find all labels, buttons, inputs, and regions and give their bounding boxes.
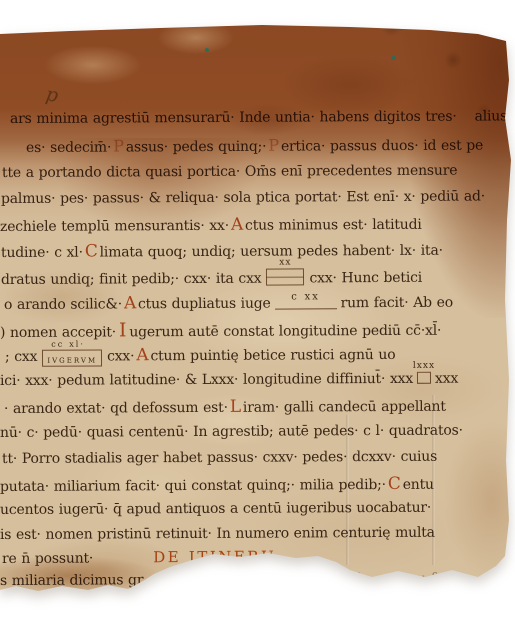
rubricated-initial: A [134,345,150,365]
rubricated-initial: P [266,136,281,155]
rubricated-initial: C [83,241,100,261]
line-text: ertica· passus duos· id est pe [281,138,483,155]
text-line: zechiele templū mensurantis· xx·Actus mi… [0,216,422,235]
text-line: dratus undiq; finit pedib;· cxx· ita cxx… [1,268,422,287]
text-line: ) nomen accepit·Iugerum autē constat lon… [0,320,441,341]
text-line: tudine· c xl·Climata quoq; undiq; uersum… [1,242,443,261]
line-text: es· sedecim̄· [26,140,111,156]
line-text: tudine· c xl· [1,245,83,261]
iugerum-diagram: cc xl·ivgervm [42,349,102,366]
parchment-leaf: p ars minima agrestiū mensurarū· Inde un… [0,0,515,618]
rubricated-initial: A [122,293,138,313]
line-text: ici· xxx· pedum latitudine· & Lxxx· long… [0,371,413,389]
line-text: zechiele templū mensurantis· xx· [0,218,229,235]
line-text: alius [475,108,508,124]
text-line: s miliaria dicimus grſ ſ peuſſ [0,572,451,588]
line-text: ctus minimus est· latitudi [245,217,422,234]
text-block: ars minima agrestiū mensurarū· Inde unti… [0,0,515,618]
text-line: re n̄ possunt·DE ITINERU [2,550,276,566]
line-text: cxx· [107,348,134,364]
line-text: o arando scilic&· [4,296,122,313]
text-line: tt· Porro stadialis ager habet passus· c… [2,450,437,466]
text-line: tte a portando dicta quasi portica· Om̄s… [2,164,457,180]
line-text: limata quoq; undiq; uersum pedes habent·… [100,243,443,261]
parchment-shadow: p ars minima agrestiū mensurarū· Inde un… [0,0,515,618]
chapter-heading-rubric: DE ITINERU [153,548,276,567]
line-text: cxx· Hunc betici [309,270,422,287]
text-line: ici· xxx· pedum latitudine· & Lxxx· long… [0,372,458,388]
text-line: es· sedecim̄·Passus· pedes quinq;·Pertic… [26,137,483,155]
diagram-label: cc xl· [51,341,85,349]
rubricated-initial: A [229,215,245,235]
line-text: ctum puintię betice rustici agnū uo [150,347,395,364]
line-text: tte a portando dicta quasi portica· Om̄s… [2,163,457,181]
line-text: · arando extat· qd defossum est· [4,400,228,417]
rubricated-initial: C [386,474,403,494]
line-text: ; cxx [5,349,37,365]
rubricated-initial: L [228,397,243,417]
line-text: tt· Porro stadialis ager habet passus· c… [2,449,437,467]
text-line: putata· miliarium facit· qui constat qui… [0,476,434,495]
line-text: xxx [435,371,458,387]
line-text: ) nomen accepit· [0,324,116,341]
line-text: iram· galli candecū appellant [243,399,446,416]
line-text: dratus undiq; finit pedib;· cxx· ita cxx [1,271,262,288]
line-text: ucentos iugerū· q̄ apud antiquos a centū… [0,500,431,518]
line-text: s miliaria dicimus gr [0,572,143,589]
line-text: ars minima agrestiū mensurarū· Inde unti… [10,109,457,127]
line-text: rum facit· Ab eo [341,295,453,312]
rubricated-initial: P [111,136,126,155]
diagram-word: ivgervm [47,355,97,366]
text-line: ucentos iugerū· q̄ apud antiquos a centū… [0,501,431,517]
text-line: nū· c· pedū· quasi centenū· In agrestib;… [0,424,463,440]
text-line: ; cxxcc xl·ivgervmcxx·Actum puintię beti… [5,346,396,367]
diagram-label: c xx [275,292,337,302]
line-text: is est· nomen pristinū retinuit· In nume… [0,525,435,543]
line-text-faded: ſ ſ peuſſ [318,571,451,588]
diagram-label: xx [279,258,291,267]
actus-diagram: xx [266,268,304,285]
line-text: ctus dupliatus iuge [138,296,271,313]
diagram-label: lxxx [413,362,435,371]
line-text: re n̄ possunt· [2,551,93,567]
rubricated-initial: I [116,319,129,341]
line-text: palmus· pes· passus· & reliqua· sola pti… [1,188,485,207]
line-text: assus· pedes quinq;· [126,139,267,156]
text-line: o arando scilic&·Actus dupliatus iugec x… [4,294,453,313]
line-text: nū· c· pedū· quasi centenū· In agrestib;… [0,423,463,441]
line-text: entu [403,477,434,493]
line-text: putata· miliarium facit· qui constat qui… [0,477,386,495]
text-line: · arando extat· qd defossum est·Liram· g… [4,398,446,417]
text-line: palmus· pes· passus· & reliqua· sola pti… [1,189,485,206]
manuscript-photo: p ars minima agrestiū mensurarū· Inde un… [0,0,515,618]
line-text: ugerum autē constat longitudine pediū cc… [129,323,441,341]
text-line: ars minima agrestiū mensurarū· Inde unti… [10,109,507,126]
porca-diagram: lxxx [417,372,431,384]
iugerum-rule-diagram: c xx [275,295,337,309]
text-line: is est· nomen pristinū retinuit· In nume… [0,526,435,542]
